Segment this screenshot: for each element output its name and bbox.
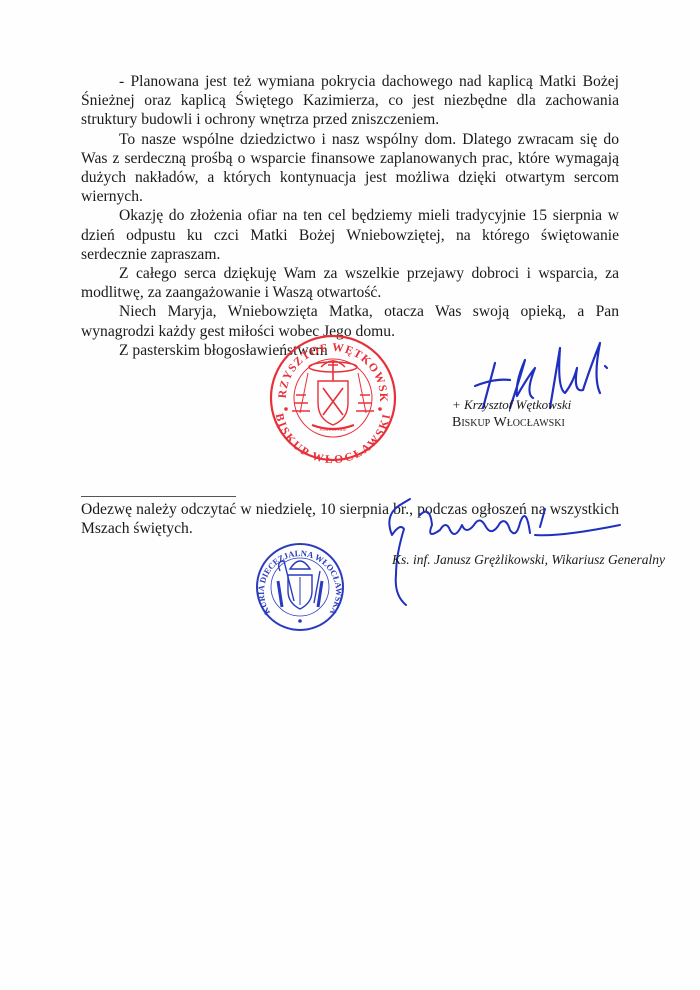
paragraph-roof-replacement: - Planowana jest też wymiana pokrycia da… <box>81 72 619 130</box>
bishop-signature-block: + Krzysztof Wętkowski Biskup Włocławski <box>452 396 571 432</box>
bishop-seal-bottom-text: BISKUP WŁOCŁAWSKI <box>272 412 393 466</box>
bishop-seal-motto: STATE IN FIDE <box>320 427 347 432</box>
vicar-general-signature-line: Ks. inf. Janusz Grężlikowski, Wikariusz … <box>392 552 665 568</box>
bishop-title: Biskup Włocławski <box>452 414 571 432</box>
bishop-seal-stamp: KRZYSZTOF WĘTKOWSKI BISKUP WŁOCŁAWSKI ST… <box>268 333 398 463</box>
curia-seal-stamp: KURIA DIECEZJALNA WŁOCŁAWSKA <box>254 541 346 633</box>
bishop-name: + Krzysztof Wętkowski <box>452 396 571 414</box>
paragraph-thanks: Z całego serca dziękuję Wam za wszelkie … <box>81 264 619 302</box>
document-page: - Planowana jest też wymiana pokrycia da… <box>0 0 700 990</box>
footnote-divider <box>81 496 236 497</box>
svg-text:BISKUP WŁOCŁAWSKI: BISKUP WŁOCŁAWSKI <box>272 412 393 466</box>
paragraph-offering-date: Okazję do złożenia ofiar na ten cel będz… <box>81 206 619 264</box>
letter-body: - Planowana jest też wymiana pokrycia da… <box>81 72 619 360</box>
paragraph-heritage-appeal: To nasze wspólne dziedzictwo i nasz wspó… <box>81 130 619 207</box>
